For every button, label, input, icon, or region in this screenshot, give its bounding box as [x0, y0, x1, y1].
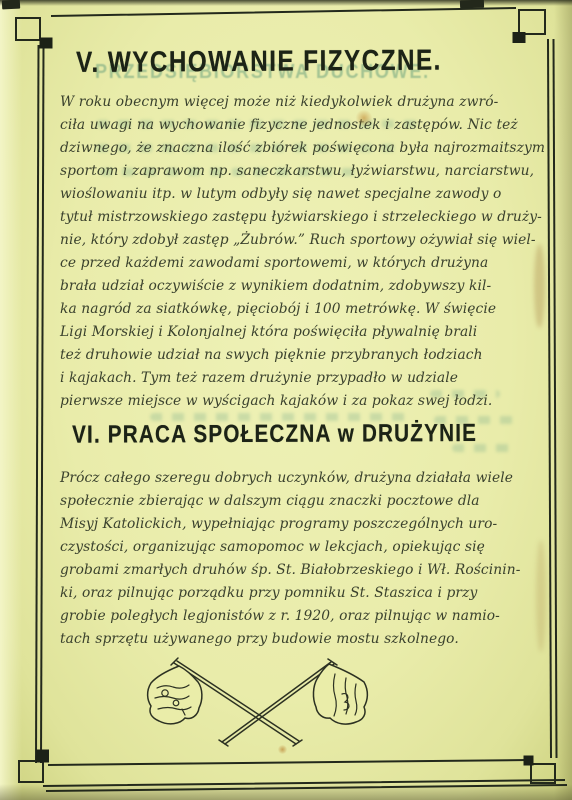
handwritten-line: sportom i zaprawom np. saneczkarstwu, ły… — [60, 160, 516, 183]
top-right-corner-ornament — [519, 10, 545, 34]
handwritten-line: tach sprzętu używanego przy budowie most… — [60, 628, 516, 651]
handwritten-line: tytuł mistrzowskiego zastępu łyżwiarskie… — [60, 206, 516, 229]
handwritten-line: W roku obecnym więcej może niż kiedykolw… — [60, 91, 516, 114]
edge-stain — [534, 244, 545, 328]
edge-stain — [536, 540, 546, 652]
handwritten-line: czystości, organizując samopomoc w lekcj… — [60, 536, 516, 559]
handwritten-line: dziwnego, że znaczna ilość zbiórek poświ… — [60, 137, 516, 160]
handwritten-line: grobami zmarłych druhów śp. St. Białobrz… — [60, 559, 516, 582]
top-left-corner-ornament — [16, 18, 40, 40]
bottom-left-corner-ornament — [19, 761, 43, 782]
top-right-mount-mark — [460, 0, 484, 8]
top-left-mount-mark — [2, 0, 20, 9]
handwritten-line: ce przed każdemi zawodami sportowemi, w … — [60, 252, 516, 275]
scanned-chronicle-page: PRZEDSIĘBIORSTWA DUCHOWE. V. WYCHOWANIE … — [0, 0, 572, 800]
ink-stain — [355, 110, 373, 126]
section-v-paragraph: W roku obecnym więcej może niż kiedykolw… — [60, 91, 516, 413]
crossed-flags-drawing — [138, 656, 448, 776]
handwritten-line: wioślowaniu itp. w lutym odbyły się nawe… — [60, 183, 516, 206]
handwritten-line: nie, który zdobył zastęp „Żubrów.” Ruch … — [60, 229, 516, 252]
handwritten-line: też druhowie udział na swych pięknie prz… — [60, 344, 516, 367]
handwritten-line: ki, oraz pilnując porządku przy pomniku … — [60, 582, 516, 605]
handwritten-line: ciła uwagi na wychowanie fizyczne jednos… — [60, 114, 516, 137]
handwritten-line: Ligi Morskiej i Kolonjalnej która poświę… — [60, 321, 516, 344]
handwritten-line: Misyj Katolickich, wypełniając programy … — [60, 513, 516, 536]
handwritten-line: społecznie zbierając w dalszym ciągu zna… — [60, 490, 516, 513]
handwritten-line: i kajakach. Tym też razem drużynie przyp… — [60, 367, 516, 390]
handwritten-line: pierwsze miejsce w wyścigach kajaków i z… — [60, 390, 516, 413]
ink-stain — [278, 745, 287, 754]
bottom-right-corner-ornament — [531, 764, 555, 783]
handwritten-line: grobie poległych legjonistów z r. 1920, … — [60, 605, 516, 628]
handwritten-line: Prócz całego szeregu dobrych uczynków, d… — [60, 467, 516, 490]
section-vi-heading: VI. PRACA SPOŁECZNA w DRUŻYNIE — [72, 418, 477, 449]
section-vi-paragraph: Prócz całego szeregu dobrych uczynków, d… — [60, 467, 516, 651]
section-v-heading: V. WYCHOWANIE FIZYCZNE. — [76, 44, 442, 80]
handwritten-line: brała udział oczywiście z wynikiem dodat… — [60, 275, 516, 298]
right-flag — [313, 664, 367, 724]
handwritten-line: ka nagród za siatkówkę, pięciobój i 100 … — [60, 298, 516, 321]
left-flag — [148, 666, 202, 724]
